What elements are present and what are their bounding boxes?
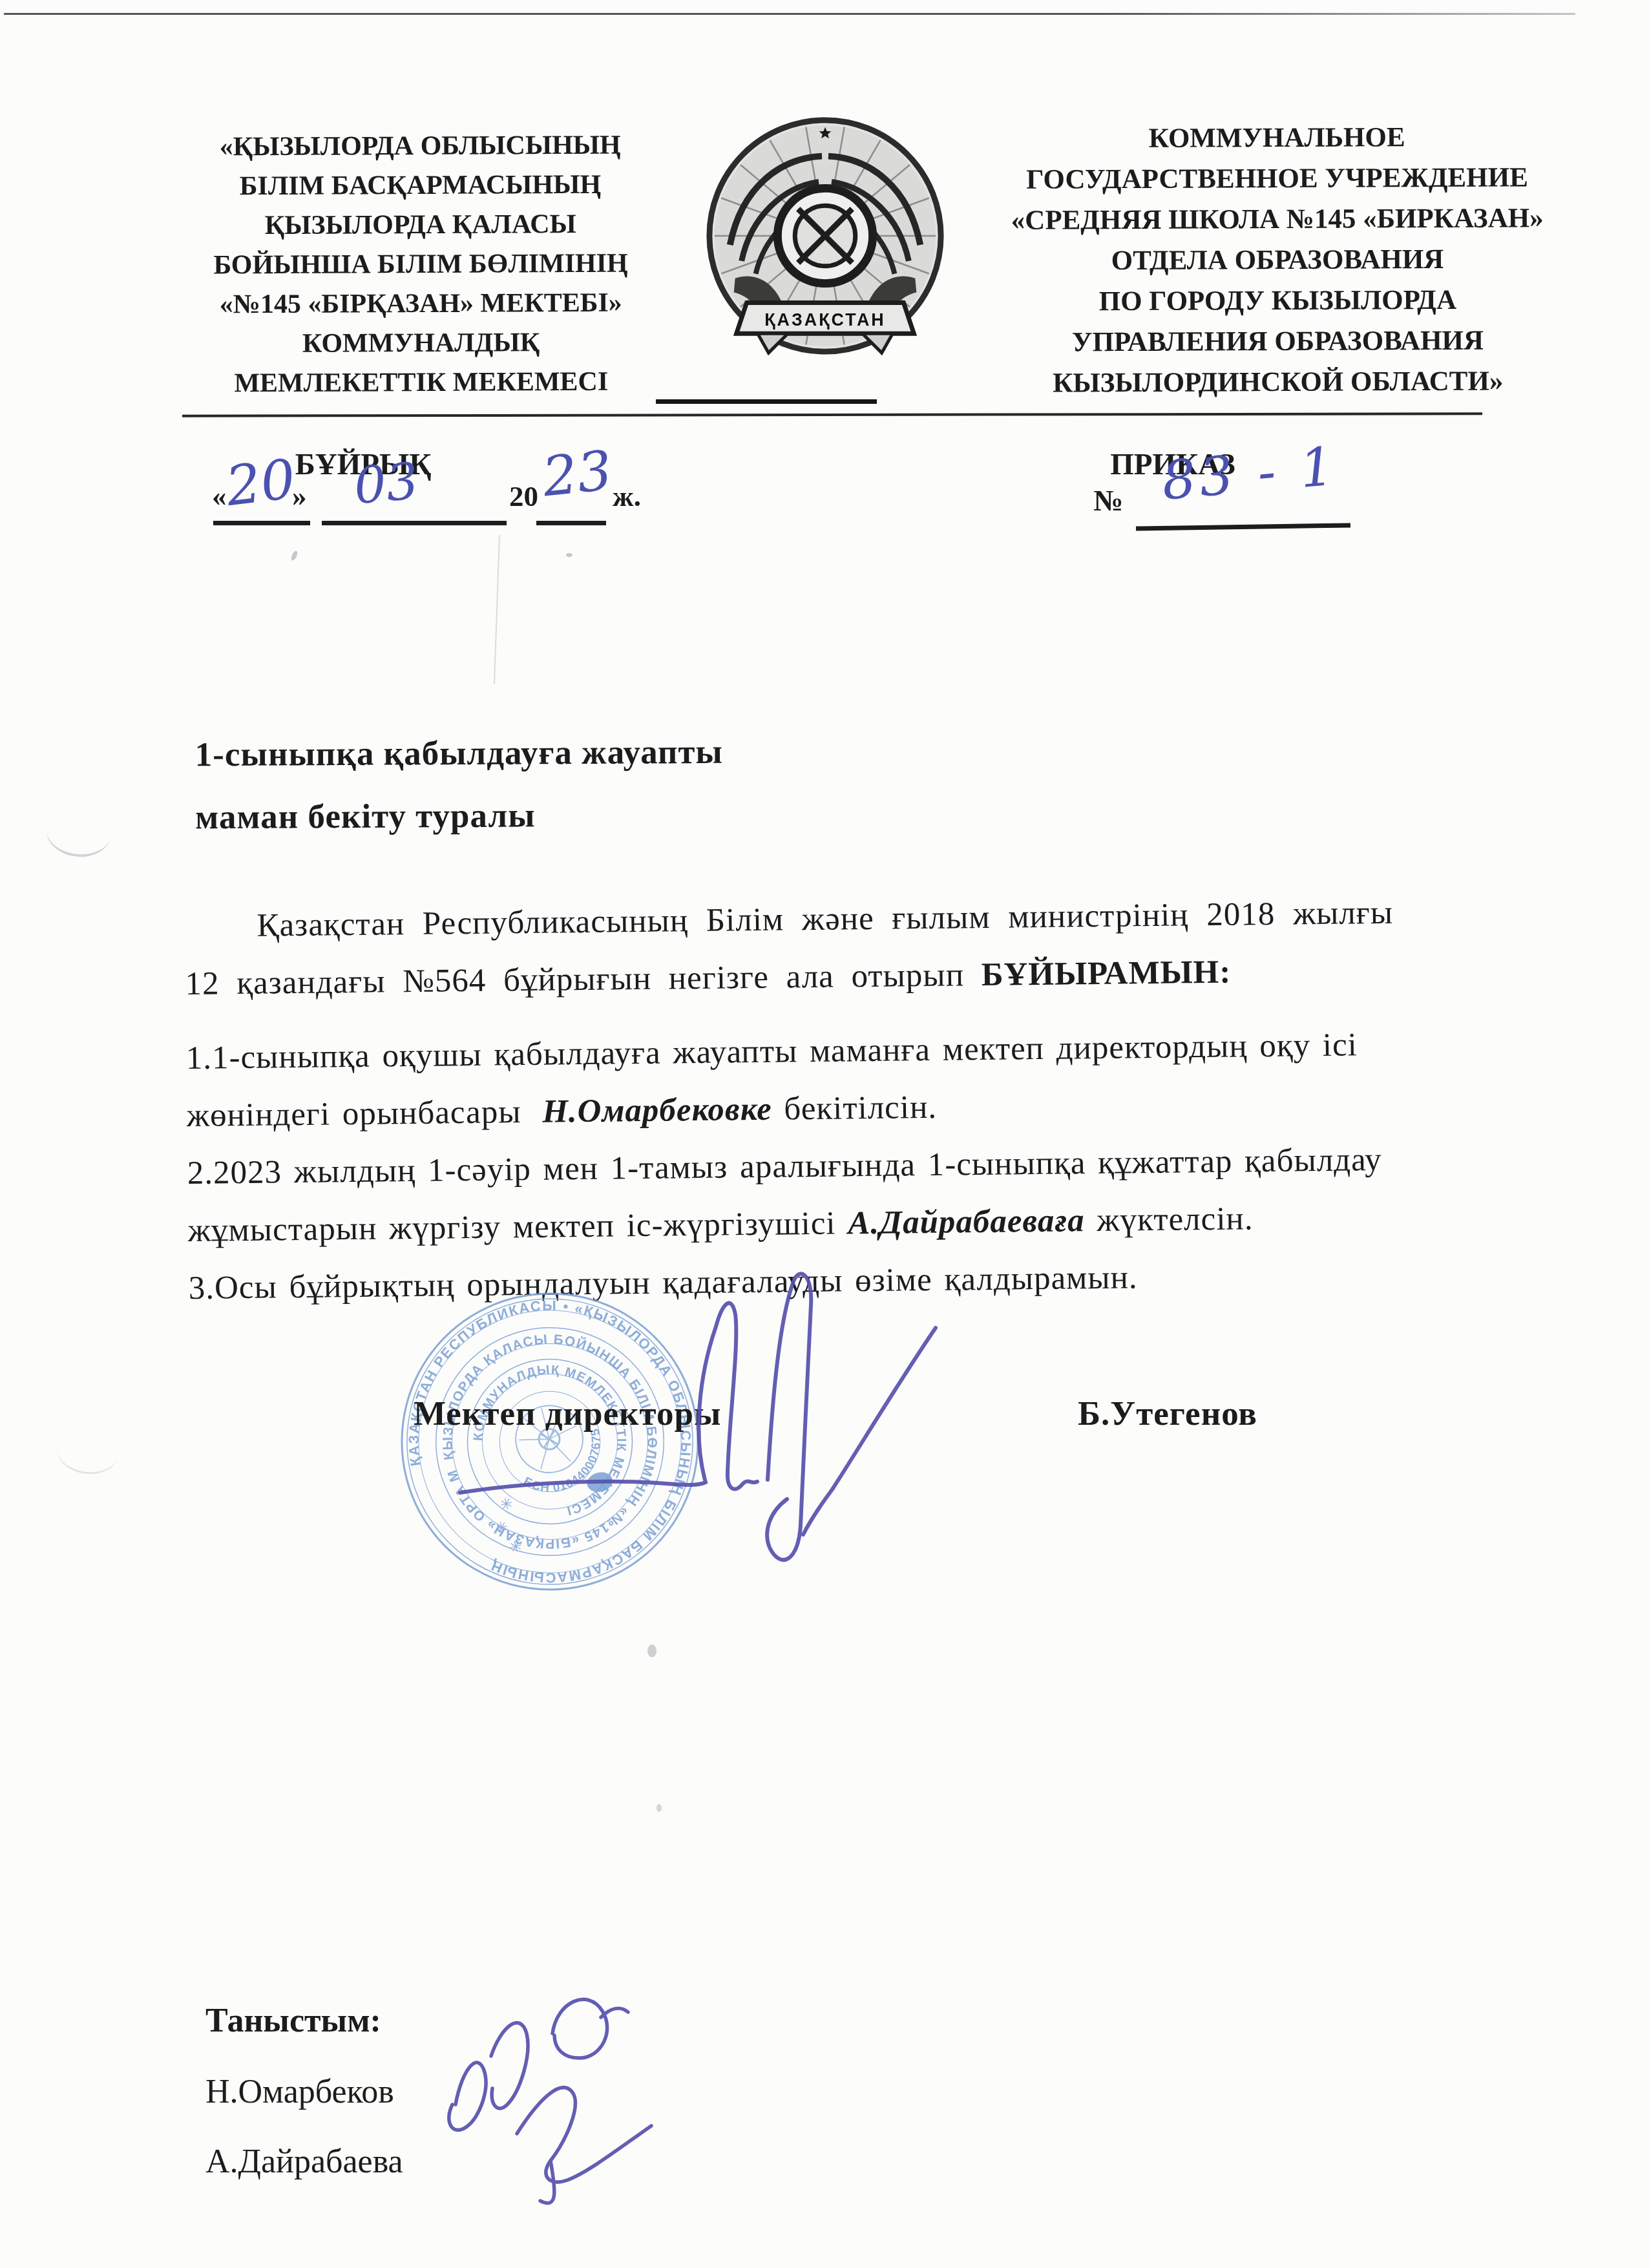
kazakhstan-state-emblem-icon: ҚАЗАҚСТАН [697,110,954,367]
date-open-quote: « [212,479,227,513]
header-divider-rule [182,412,1482,417]
appointee-name: А.Дайрабаеваға [848,1202,1085,1241]
signer-name: Б.Утегенов [1078,1394,1257,1433]
date-year-handwritten: 23 [540,439,615,509]
date-underline [536,521,606,525]
decree-keyword: БҰЙЫРАМЫН: [981,954,1231,993]
scan-speck [566,553,572,557]
top-scan-edge-line [4,13,1575,15]
issuer-line: ОТДЕЛА ОБРАЗОВАНИЯ [958,238,1597,282]
issuer-block-kazakh: «ҚЫЗЫЛОРДА ОБЛЫСЫНЫҢ БІЛІМ БАСҚАРМАСЫНЫҢ… [164,125,677,403]
order-subject: 1-сыныпқа қабылдауға жауапты маман бекіт… [194,721,723,849]
issuer-line: КЫЗЫЛОРДИНСКОЙ ОБЛАСТИ» [958,361,1598,404]
date-day-handwritten: 20 [222,447,299,518]
issuer-line: МЕМЛЕКЕТТІК МЕКЕМЕСІ [165,362,677,403]
date-close-quote: » [292,479,307,513]
issuer-line: ПО ГОРОДУ КЫЗЫЛОРДА [958,279,1597,322]
date-underline [322,521,507,525]
issuer-line: КОММУНАЛДЫҚ [165,322,677,364]
scan-fold-mark [44,804,113,860]
acknowledgement-person: Н.Омарбеков [205,2073,394,2111]
director-signature [452,1265,943,1591]
subject-line: маман бекіту туралы [195,784,724,849]
acknowledgement-signatures [388,1972,698,2224]
scan-speck [656,1804,662,1812]
issuer-line: «ҚЫЗЫЛОРДА ОБЛЫСЫНЫҢ [164,125,676,167]
scanned-order-document: «ҚЫЗЫЛОРДА ОБЛЫСЫНЫҢ БІЛІМ БАСҚАРМАСЫНЫҢ… [0,0,1649,2268]
scan-speck [290,550,299,561]
issuer-line: «СРЕДНЯЯ ШКОЛА №145 «БИРКАЗАН» [958,198,1597,241]
order-number-label: № [1093,483,1123,518]
emblem-banner-text: ҚАЗАҚСТАН [764,310,886,330]
order-body: Қазақстан Республикасының Білім және ғыл… [184,883,1487,1318]
scan-speck [647,1644,656,1657]
issuer-line: ГОСУДАРСТВЕННОЕ УЧРЕЖДЕНИЕ [957,157,1597,200]
acknowledgement-person: А.Дайрабаева [205,2143,403,2181]
scan-fold-mark [54,1425,121,1478]
date-year-printed-prefix: 20 [509,479,538,513]
subject-line: 1-сыныпқа қабылдауға жауапты [194,721,723,786]
date-month-handwritten: 03 [352,452,421,516]
acknowledgement-label: Таныстым: [205,2002,381,2040]
issuer-line: УПРАВЛЕНИЯ ОБРАЗОВАНИЯ [958,320,1597,363]
appointee-name: Н.Омарбековке [542,1091,772,1130]
date-suffix: ж. [613,479,641,513]
scan-scratch [494,535,500,684]
issuer-line: «№145 «БІРҚАЗАН» МЕКТЕБІ» [165,283,677,324]
issuer-line: БІЛІМ БАСҚАРМАСЫНЫҢ [164,165,676,206]
signature-rule-under-emblem [656,399,877,404]
issuer-line: БОЙЫНША БІЛІМ БӨЛІМІНІҢ [165,244,677,285]
date-underline [213,521,310,525]
issuer-block-russian: КОММУНАЛЬНОЕ ГОСУДАРСТВЕННОЕ УЧРЕЖДЕНИЕ … [957,116,1598,404]
order-number-underline [1136,523,1350,530]
issuer-line: ҚЫЗЫЛОРДА ҚАЛАСЫ [165,204,677,246]
issuer-line: КОММУНАЛЬНОЕ [957,116,1597,160]
